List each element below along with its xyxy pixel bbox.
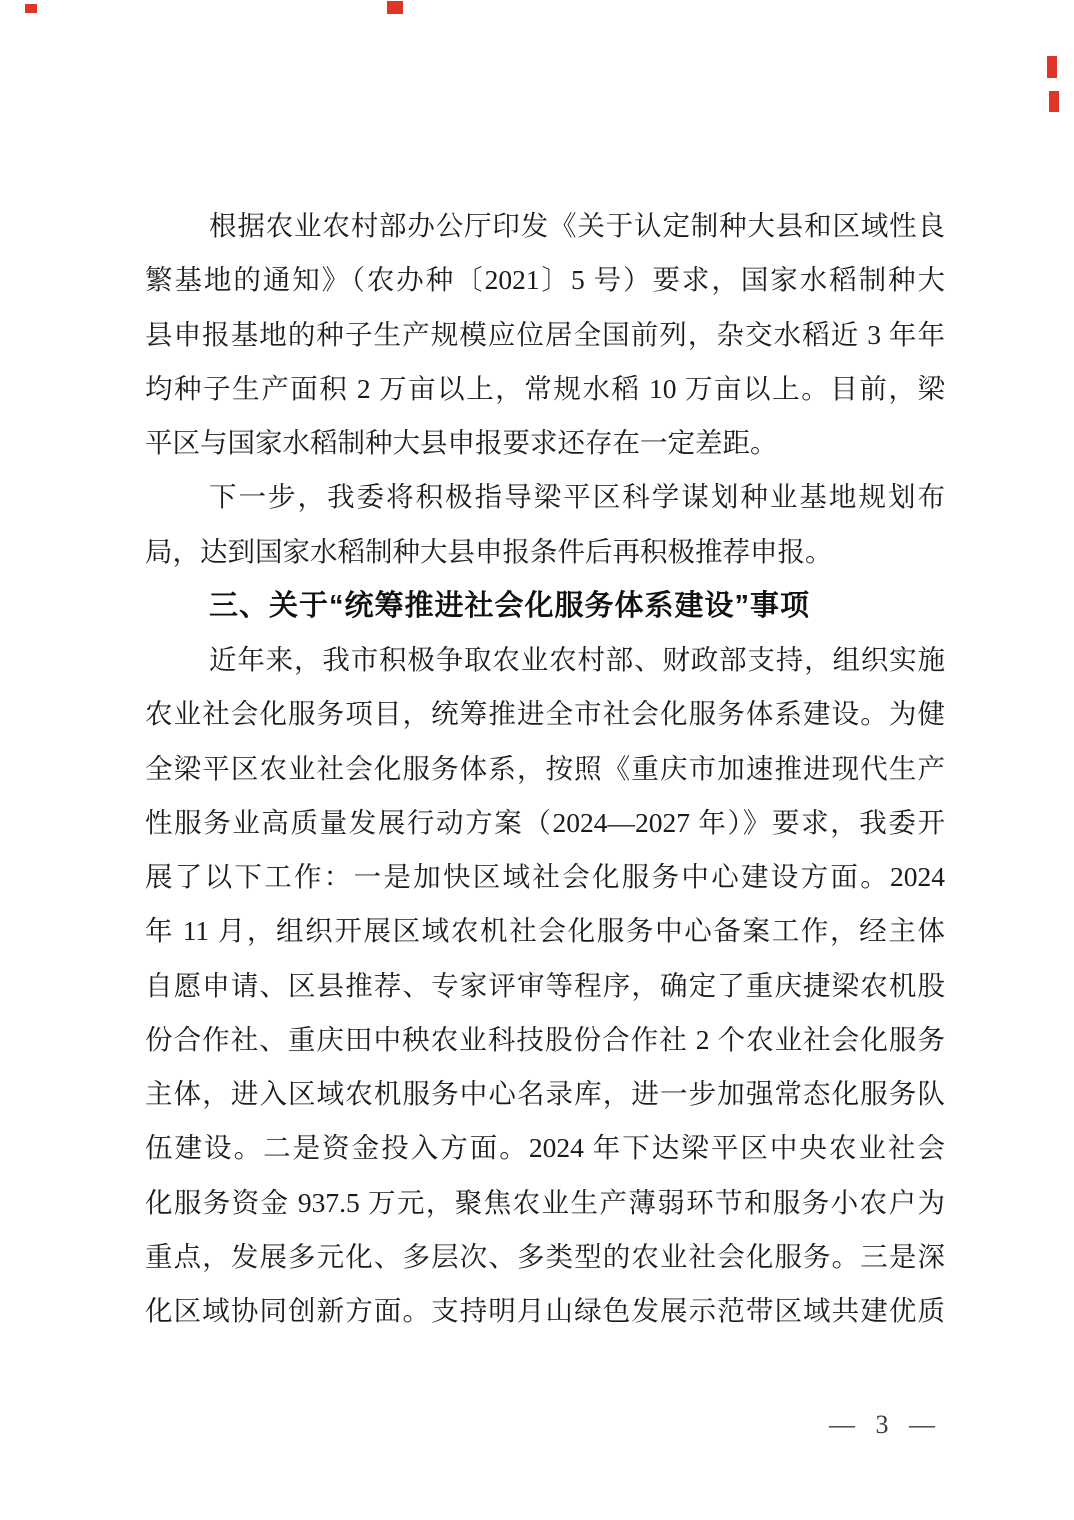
text-line: 均种子生产面积 2 万亩以上，常规水稻 10 万亩以上。目前，梁 [145,362,945,416]
document-page: 根据农业农村部办公厅印发《关于认定制种大县和区域性良繁基地的通知》（农办种〔20… [0,0,1074,1520]
text-line: 自愿申请、区县推荐、专家评审等程序，确定了重庆捷梁农机股 [145,959,945,1013]
text-line: 局，达到国家水稻制种大县申报条件后再积极推荐申报。 [145,525,945,579]
scan-artifact-red-mark [1049,91,1059,112]
scan-artifact-red-mark [25,4,37,13]
text-line: 农业社会化服务项目，统筹推进全市社会化服务体系建设。为健 [145,687,945,741]
text-line: 年 11 月，组织开展区域农机社会化服务中心备案工作，经主体 [145,904,945,958]
text-line: 根据农业农村部办公厅印发《关于认定制种大县和区域性良 [145,199,945,253]
page-number: — 3 — [829,1410,942,1440]
text-line: 县申报基地的种子生产规模应位居全国前列，杂交水稻近 3 年年 [145,308,945,362]
text-line: 化区域协同创新方面。支持明月山绿色发展示范带区域共建优质 [145,1284,945,1338]
text-line: 近年来，我市积极争取农业农村部、财政部支持，组织实施 [145,633,945,687]
section-heading: 三、关于“统筹推进社会化服务体系建设”事项 [145,579,945,633]
text-line: 重点，发展多元化、多层次、多类型的农业社会化服务。三是深 [145,1230,945,1284]
text-line: 主体，进入区域农机服务中心名录库，进一步加强常态化服务队 [145,1067,945,1121]
text-line: 下一步，我委将积极指导梁平区科学谋划种业基地规划布 [145,470,945,524]
text-line: 份合作社、重庆田中秧农业科技股份合作社 2 个农业社会化服务 [145,1013,945,1067]
text-line: 繁基地的通知》（农办种〔2021〕5 号）要求，国家水稻制种大 [145,253,945,307]
text-line: 性服务业高质量发展行动方案（2024—2027 年）》要求，我委开 [145,796,945,850]
text-line: 展了以下工作：一是加快区域社会化服务中心建设方面。2024 [145,850,945,904]
text-line: 化服务资金 937.5 万元，聚焦农业生产薄弱环节和服务小农户为 [145,1176,945,1230]
scan-artifact-red-mark [1047,56,1057,78]
scan-artifact-red-mark [387,1,403,14]
text-line: 全梁平区农业社会化服务体系，按照《重庆市加速推进现代生产 [145,742,945,796]
text-line: 伍建设。二是资金投入方面。2024 年下达梁平区中央农业社会 [145,1121,945,1175]
document-body: 根据农业农村部办公厅印发《关于认定制种大县和区域性良繁基地的通知》（农办种〔20… [145,199,945,1338]
text-line: 平区与国家水稻制种大县申报要求还存在一定差距。 [145,416,945,470]
